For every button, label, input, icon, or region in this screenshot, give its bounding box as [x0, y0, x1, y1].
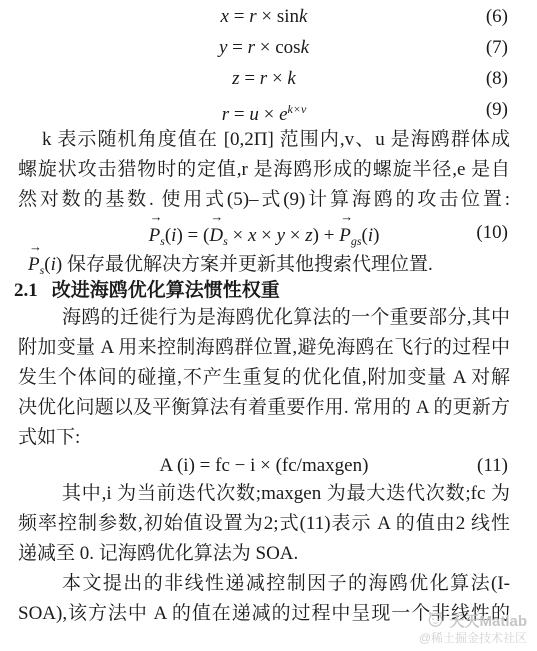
paragraph-line: 式如下:	[18, 423, 510, 453]
paragraph-line: 递减至 0. 记海鸥优化算法为 SOA.	[18, 539, 510, 569]
equation-6-number: (6)	[486, 1, 508, 32]
section-number: 2.1	[14, 280, 38, 301]
equation-8: z = r × k (8)	[18, 63, 510, 94]
paragraph-line: 然对数的基数. 使用式(5)–式(9)计算海鸥的攻击位置:	[18, 185, 510, 215]
equation-8-number: (8)	[486, 63, 508, 94]
equation-9-number: (9)	[486, 94, 508, 125]
paragraph-line: 螺旋状攻击猎物时的定值,r 是海鸥形成的螺旋半径,e 是自	[18, 155, 510, 185]
equation-6: x = r × sink (6)	[18, 1, 510, 32]
watermark-subtitle: @稀土掘金技术社区	[419, 632, 527, 646]
watermark: 天天Matlab @稀土掘金技术社区	[419, 611, 527, 646]
equation-10-body: P→s(i) = (D→s × x × y × z) + P→gs(i)	[149, 221, 380, 256]
paragraph-migration-behavior: 海鸥的迁徙行为是海鸥优化算法的一个重要部分,其中 附加变量 A 用来控制海鸥群位…	[18, 303, 510, 453]
paragraph-line: 频率控制参数,初始值设置为2;式(11)表示 A 的值由2 线性	[18, 509, 510, 539]
watermark-title-row: 天天Matlab	[419, 611, 527, 632]
equation-11-body: A (i) = fc − i × (fc/maxgen)	[160, 453, 369, 479]
equation-7-number: (7)	[486, 32, 508, 63]
document-page: x = r × sink (6) y = r × cosk (7) z = r …	[0, 0, 537, 651]
paragraph-line: 发生个体间的碰撞,不产生重复的优化值,附加变量 A 对解	[18, 363, 510, 393]
equation-11-number: (11)	[477, 453, 508, 479]
equation-6-body: x = r × sink	[221, 1, 308, 32]
cat-face-logo-icon	[427, 611, 444, 632]
section-title: 改进海鸥优化算法惯性权重	[52, 280, 280, 301]
watermark-title: 天天Matlab	[449, 613, 527, 630]
paragraph-line: 本文提出的非线性递减控制因子的海鸥优化算法(I-	[18, 569, 510, 599]
equation-10: P→s(i) = (D→s × x × y × z) + P→gs(i) (10…	[18, 215, 510, 251]
paragraph-line: 海鸥的迁徙行为是海鸥优化算法的一个重要部分,其中	[18, 303, 510, 333]
vector-note-text: 保存最优解决方案并更新其他搜索代理位置.	[62, 254, 433, 275]
paragraph-line: 附加变量 A 用来控制海鸥群位置,避免海鸥在飞行的过程中	[18, 333, 510, 363]
paragraph-line: 其中,i 为当前迭代次数;maxgen 为最大迭代次数;fc 为	[18, 479, 510, 509]
equation-7-body: y = r × cosk	[219, 32, 309, 63]
equation-7: y = r × cosk (7)	[18, 32, 510, 63]
paragraph-line: 决优化问题以及平衡算法有着重要作用. 常用的 A 的更新方	[18, 393, 510, 423]
section-heading-2-1: 2.1改进海鸥优化算法惯性权重	[14, 279, 510, 303]
paragraph-angle-description: k 表示随机角度值在 [0,2Π] 范围内,v、u 是海鸥群体成 螺旋状攻击猎物…	[18, 125, 510, 215]
equation-8-body: z = r × k	[232, 63, 296, 94]
equation-10-number: (10)	[476, 215, 508, 251]
equation-11: A (i) = fc − i × (fc/maxgen) (11)	[18, 453, 510, 479]
equation-9-body: r = u × ek×v	[222, 94, 307, 130]
equation-9: r = u × ek×v (9)	[18, 94, 510, 125]
paragraph-parameter-description: 其中,i 为当前迭代次数;maxgen 为最大迭代次数;fc 为 频率控制参数,…	[18, 479, 510, 569]
